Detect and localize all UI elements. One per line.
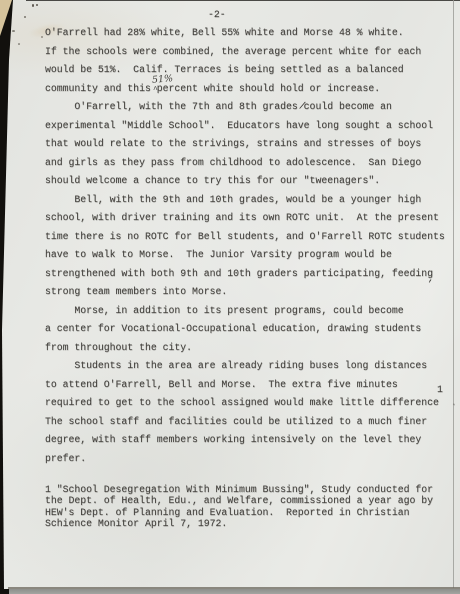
- torn-corner: [0, 0, 12, 36]
- handwritten-51-percent-insertion: 51%: [152, 73, 174, 86]
- paper-speck: [18, 43, 20, 45]
- footnote: 1 "School Desegregation With Minimum Bus…: [45, 484, 433, 529]
- paragraph-bell-younger-high: Bell, with the 9th and 10th grades, woul…: [45, 191, 457, 302]
- paragraph-combined-percent-white: O'Farrell had 28% white, Bell 55% white …: [45, 24, 457, 98]
- paper-speck: [12, 30, 15, 32]
- paragraph-ofarrell-middle-school: O'Farrell, with the 7th and 8th grades c…: [45, 98, 457, 191]
- footnote-reference-superscript: 1: [437, 384, 443, 395]
- scanner-bed-strip: [9, 589, 460, 594]
- paper-sheet: -2- O'Farrell had 28% white, Bell 55% wh…: [0, 0, 460, 594]
- scan-top-edge: [26, 0, 460, 1]
- scan-right-edge: [453, 0, 454, 588]
- handwritten-caret-icon: ^: [153, 86, 158, 95]
- scanned-document-page: -2- O'Farrell had 28% white, Bell 55% wh…: [0, 0, 460, 594]
- paper-speck: [32, 4, 34, 7]
- paper-speck: [24, 16, 26, 18]
- paragraph-students-busing: Students in the area are already riding …: [45, 357, 457, 468]
- page-number: -2-: [208, 9, 226, 20]
- paragraph-morse-vocational: Morse, in addition to its present progra…: [45, 302, 457, 358]
- document-body: O'Farrell had 28% white, Bell 55% white …: [45, 24, 457, 468]
- paper-speck: [41, 36, 43, 38]
- paper-speck: [36, 4, 38, 6]
